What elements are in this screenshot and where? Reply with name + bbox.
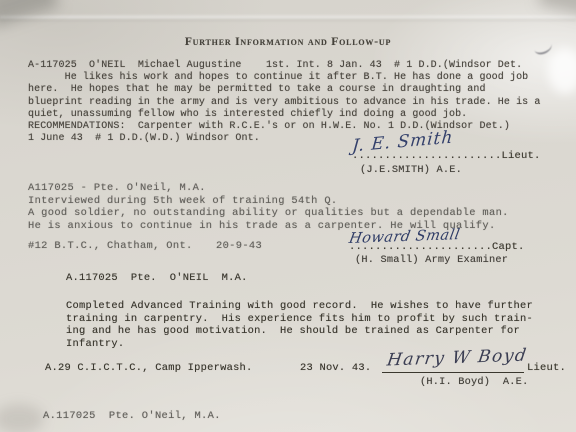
typed-line: A good soldier, no outstanding ability o… <box>28 207 509 220</box>
service-number-name: A.117025 Pte. O'NEIL M.A. <box>66 272 248 285</box>
signature-underline <box>382 372 524 373</box>
entry2-date: 20-9-43 <box>216 240 262 253</box>
date-value: 23 Nov. 43. <box>300 362 371 375</box>
paper-bright-spot <box>548 48 576 94</box>
entry3-paragraph: Completed Advanced Training with good re… <box>66 300 533 350</box>
document-page: Further Information and Follow-up A-1170… <box>0 0 576 432</box>
typed-line: A-117025 O'NEIL Michael Augustine 1st. I… <box>28 60 540 72</box>
typed-line: here. He hopes that he may be permitted … <box>28 84 540 96</box>
entry3-unit: A.29 C.I.C.T.C., Camp Ipperwash. <box>45 362 253 375</box>
typed-line: 1 June 43 # 1 D.D.(W.D.) Windsor Ont. <box>28 133 540 145</box>
signature-printed-name: (H. Small) Army Examiner <box>355 254 508 266</box>
signature-dots-rank: .......................Lieut. <box>352 150 541 162</box>
typed-line: He likes his work and hopes to continue … <box>28 72 540 84</box>
entry2-paragraph: A117025 - Pte. O'Neil, M.A. Interviewed … <box>28 182 509 233</box>
typed-line: training in carpentry. His experience fi… <box>66 313 533 326</box>
entry3-header: A.117025 Pte. O'NEIL M.A. <box>66 272 248 285</box>
signature-printed-name: (H.I. Boyd) A.E. <box>420 376 528 388</box>
signature-dots-rank: ......................Capt. <box>349 241 525 253</box>
typed-line: quiet, unassuming fellow who is interest… <box>28 109 540 121</box>
paper-corner-shadow-topright <box>538 0 576 19</box>
entry1-paragraph: A-117025 O'NEIL Michael Augustine 1st. I… <box>28 60 540 145</box>
signature-hi-boyd: Harry W Boyd <box>386 345 529 370</box>
paper-crease <box>0 14 576 22</box>
service-number-name: A.117025 Pte. O'Neil, M.A. <box>43 410 221 423</box>
signature-printed-name: (J.E.SMITH) A.E. <box>360 164 462 176</box>
form-title: Further Information and Follow-up <box>0 36 576 48</box>
typed-line: A117025 - Pte. O'Neil, M.A. <box>28 182 509 195</box>
typed-line: RECOMMENDATIONS: Carpenter with R.C.E.'s… <box>28 121 540 133</box>
entry3-date: 23 Nov. 43. <box>300 362 371 375</box>
date-value: 20-9-43 <box>216 240 262 253</box>
signature-rank: Lieut. <box>527 362 566 374</box>
unit-name: A.29 C.I.C.T.C., Camp Ipperwash. <box>45 362 253 375</box>
typed-line: Interviewed during 5th week of training … <box>28 195 509 208</box>
entry2-unit: #12 B.T.C., Chatham, Ont. <box>28 240 193 253</box>
typed-line: ing and he has good motivation. He shoul… <box>66 325 533 338</box>
paper-corner-shadow-topleft <box>0 0 60 28</box>
unit-name: #12 B.T.C., Chatham, Ont. <box>28 240 193 253</box>
typed-line: blueprint reading in the army and is ver… <box>28 97 540 109</box>
entry4-header: A.117025 Pte. O'Neil, M.A. <box>43 410 221 423</box>
typed-line: Completed Advanced Training with good re… <box>66 300 533 313</box>
paper-smudge-bottomleft <box>0 404 44 432</box>
